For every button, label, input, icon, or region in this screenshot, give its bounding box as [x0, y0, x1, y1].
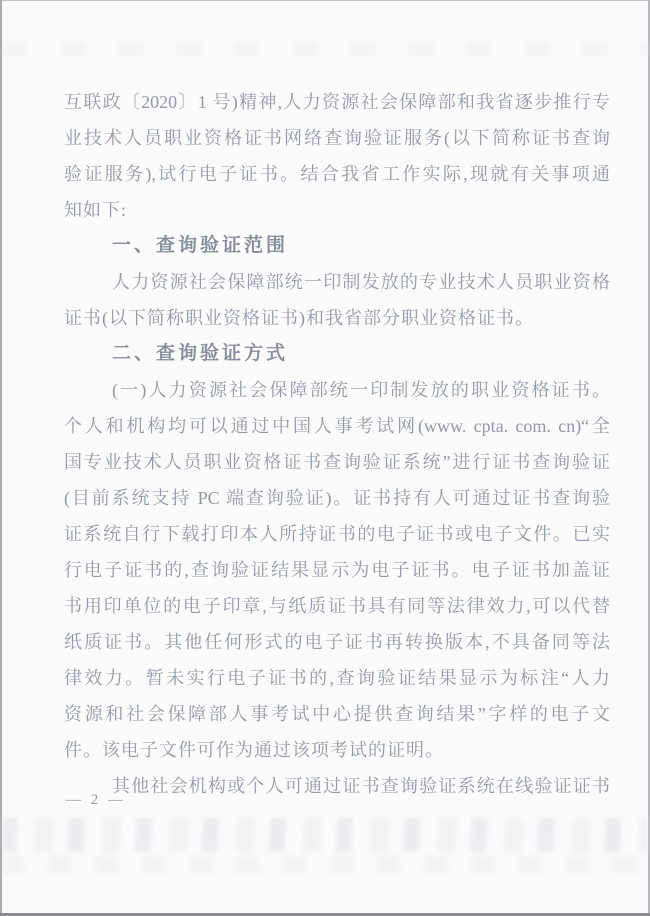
- document-body: 互联政〔2020〕1 号)精神,人力资源社会保障部和我省逐步推行专业技术人员职业…: [64, 84, 610, 804]
- text-line: 资源和社会保障部人事考试中心提供查询结果”字样的电子文: [64, 696, 610, 732]
- text-line: 人力资源社会保障部统一印制发放的专业技术人员职业资格: [64, 264, 610, 300]
- scan-edge-left: [0, 0, 2, 916]
- text-line: (一)人力资源社会保障部统一印制发放的职业资格证书。: [64, 372, 610, 408]
- scanned-document-page: { "page": { "number_label": "— 2 —" }, "…: [0, 0, 650, 916]
- text-line: 纸质证书。其他任何形式的电子证书再转换版本,不具备同等法: [64, 624, 610, 660]
- scan-noise-band: [2, 818, 648, 852]
- text-line: 互联政〔2020〕1 号)精神,人力资源社会保障部和我省逐步推行专: [64, 84, 610, 120]
- section-heading: 一、查询验证范围: [64, 228, 610, 264]
- text-line: 件。该电子文件可作为通过该项考试的证明。: [64, 732, 610, 768]
- page-number: — 2 —: [66, 789, 126, 811]
- text-line: 国专业技术人员职业资格证书查询验证系统”进行证书查询验证: [64, 444, 610, 480]
- scan-noise-band: [2, 42, 648, 56]
- text-line: 书用印单位的电子印章,与纸质证书具有同等法律效力,可以代替: [64, 588, 610, 624]
- text-line: 个人和机构均可以通过中国人事考试网(www. cpta. com. cn)“全: [64, 408, 610, 444]
- scan-noise-band: [2, 856, 648, 874]
- text-line: (目前系统支持 PC 端查询验证)。证书持有人可通过证书查询验: [64, 480, 610, 516]
- text-line: 其他社会机构或个人可通过证书查询验证系统在线验证证书: [64, 768, 610, 804]
- text-line: 知如下:: [64, 192, 610, 228]
- text-line: 证书(以下简称职业资格证书)和我省部分职业资格证书。: [64, 300, 610, 336]
- section-heading: 二、查询验证方式: [64, 336, 610, 372]
- text-line: 行电子证书的,查询验证结果显示为电子证书。电子证书加盖证: [64, 552, 610, 588]
- text-line: 律效力。暂未实行电子证书的,查询验证结果显示为标注“人力: [64, 660, 610, 696]
- text-line: 证系统自行下载打印本人所持证书的电子证书或电子文件。已实: [64, 516, 610, 552]
- text-line: 业技术人员职业资格证书网络查询验证服务(以下简称证书查询: [64, 120, 610, 156]
- text-line: 验证服务),试行电子证书。结合我省工作实际,现就有关事项通: [64, 156, 610, 192]
- scan-edge-top: [0, 0, 650, 1]
